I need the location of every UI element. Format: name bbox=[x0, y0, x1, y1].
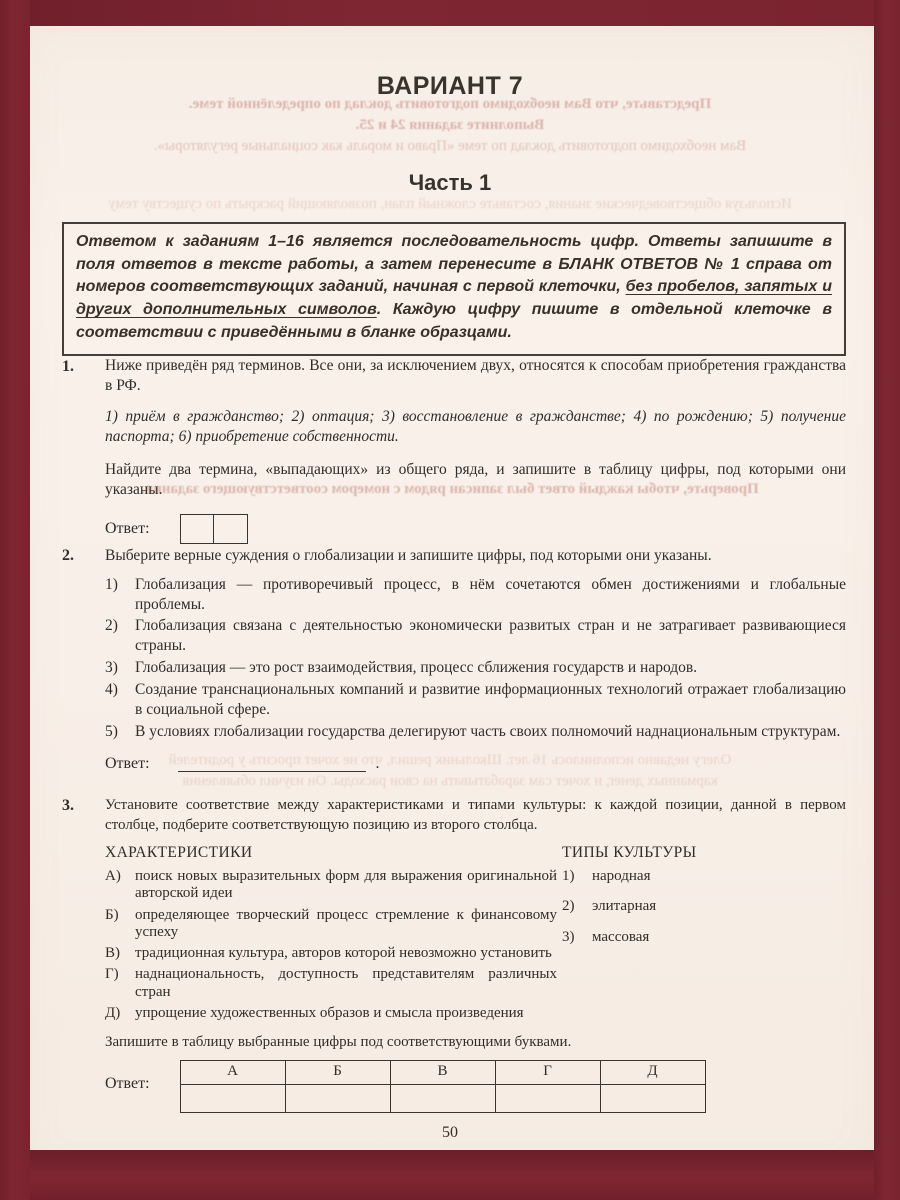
item-number: 4) bbox=[105, 680, 135, 700]
item-number: 2) bbox=[105, 616, 135, 636]
list-item: Д)упрощение художественных образов и смы… bbox=[105, 1005, 557, 1022]
answer-table-cell bbox=[495, 1084, 600, 1112]
item-letter: В) bbox=[105, 945, 135, 962]
answer-blank-line bbox=[178, 757, 366, 772]
question-2-items: 1)Глобализация — противоречивый процесс,… bbox=[105, 575, 846, 742]
page-number: 50 bbox=[0, 1124, 900, 1142]
answer-table-header-row: А Б В Г Д bbox=[180, 1060, 705, 1084]
question-2: 2. Выберите верные суждения о глобализац… bbox=[62, 546, 846, 775]
item-text: Глобализация — это рост взаимодействия, … bbox=[135, 659, 697, 676]
item-text: Глобализация — противоречивый процесс, в… bbox=[135, 576, 846, 613]
instruction-box: Ответом к заданиям 1–16 является последо… bbox=[62, 222, 846, 356]
answer-cells-box bbox=[180, 514, 248, 544]
answer-cell bbox=[181, 515, 214, 543]
item-text: Глобализация связана с деятельностью эко… bbox=[135, 617, 846, 654]
list-item: А)поиск новых выразительных форм для выр… bbox=[105, 868, 557, 903]
answer-table: А Б В Г Д bbox=[180, 1060, 706, 1113]
book-cover-edge-top bbox=[0, 0, 900, 26]
item-text: традиционная культура, авторов которой н… bbox=[135, 945, 552, 961]
culture-types-column: ТИПЫ КУЛЬТУРЫ 1)народная 2)элитарная 3)м… bbox=[562, 843, 846, 1026]
answer-table-header-cell: Г bbox=[495, 1060, 600, 1084]
answer-table-cell bbox=[180, 1084, 285, 1112]
list-item: 4)Создание транснациональных компаний и … bbox=[105, 680, 846, 720]
item-text: Создание транснациональных компаний и ра… bbox=[135, 681, 846, 718]
item-letter: Б) bbox=[105, 907, 135, 924]
item-number: 3) bbox=[562, 929, 592, 946]
list-item: 2)элитарная bbox=[562, 898, 846, 915]
item-text: элитарная bbox=[592, 898, 656, 914]
culture-types-header: ТИПЫ КУЛЬТУРЫ bbox=[562, 843, 846, 863]
item-letter: Г) bbox=[105, 966, 135, 983]
item-text: определяющее творческий процесс стремлен… bbox=[135, 907, 557, 940]
question-1: 1. Ниже приведён ряд терминов. Все они, … bbox=[62, 356, 846, 544]
answer-table-header-cell: А bbox=[180, 1060, 285, 1084]
question-2-answer-row: Ответ: . bbox=[105, 754, 846, 774]
part-title: Часть 1 bbox=[0, 170, 900, 196]
answer-label: Ответ: bbox=[105, 518, 150, 539]
instruction-blank-otvetov: БЛАНК ОТВЕТОВ № 1 bbox=[558, 256, 739, 273]
answer-table-header-cell: В bbox=[390, 1060, 495, 1084]
item-text: В условиях глобализации государства деле… bbox=[135, 723, 840, 740]
question-2-intro: Выберите верные суждения о глобализации … bbox=[105, 546, 846, 566]
characteristics-header: ХАРАКТЕРИСТИКИ bbox=[105, 843, 557, 863]
answer-table-cell bbox=[285, 1084, 390, 1112]
answer-cell bbox=[213, 515, 247, 543]
list-item: 5)В условиях глобализации государства де… bbox=[105, 722, 846, 742]
book-cover-edge-right bbox=[874, 0, 900, 1200]
answer-table-cell bbox=[600, 1084, 705, 1112]
list-item: 1)народная bbox=[562, 868, 846, 885]
item-text: наднациональность, доступность представи… bbox=[135, 966, 557, 999]
list-item: 3)Глобализация — это рост взаимодействия… bbox=[105, 658, 846, 678]
item-letter: Д) bbox=[105, 1005, 135, 1022]
item-number: 1) bbox=[105, 575, 135, 595]
variant-title: ВАРИАНТ 7 bbox=[0, 72, 900, 101]
answer-table-cell bbox=[390, 1084, 495, 1112]
list-item: В)традиционная культура, авторов которой… bbox=[105, 945, 557, 962]
question-1-text: Ниже приведён ряд терминов. Все они, за … bbox=[105, 356, 846, 397]
list-item: Б)определяющее творческий процесс стремл… bbox=[105, 907, 557, 942]
answer-label: Ответ: bbox=[105, 754, 150, 774]
item-number: 1) bbox=[562, 868, 592, 885]
book-cover-edge-bottom bbox=[0, 1150, 900, 1200]
question-3-closing: Запишите в таблицу выбранные цифры под с… bbox=[105, 1033, 846, 1053]
question-3-answer-row: Ответ: А Б В Г Д bbox=[105, 1060, 846, 1113]
question-3-number: 3. bbox=[62, 796, 74, 817]
item-letter: А) bbox=[105, 868, 135, 885]
answer-label: Ответ: bbox=[105, 1074, 150, 1095]
item-number: 5) bbox=[105, 722, 135, 742]
list-item: Г)наднациональность, доступность предста… bbox=[105, 966, 557, 1001]
question-1-task: Найдите два термина, «выпадающих» из общ… bbox=[105, 460, 846, 501]
list-item: 1)Глобализация — противоречивый процесс,… bbox=[105, 575, 846, 615]
answer-period: . bbox=[376, 754, 380, 774]
answer-table-empty-row bbox=[180, 1084, 705, 1112]
item-text: массовая bbox=[592, 929, 649, 945]
item-text: упрощение художественных образов и смысл… bbox=[135, 1005, 524, 1021]
characteristics-column: ХАРАКТЕРИСТИКИ А)поиск новых выразительн… bbox=[105, 843, 557, 1026]
item-text: поиск новых выразительных форм для выраж… bbox=[135, 868, 557, 901]
question-1-number: 1. bbox=[62, 356, 74, 377]
item-number: 3) bbox=[105, 658, 135, 678]
question-1-terms: 1) приём в гражданство; 2) оптация; 3) в… bbox=[105, 407, 846, 448]
item-number: 2) bbox=[562, 898, 592, 915]
answer-table-header-cell: Д bbox=[600, 1060, 705, 1084]
scanned-exam-page: Представьте, что Вам необходимо подготов… bbox=[0, 0, 900, 1200]
answer-table-header-cell: Б bbox=[285, 1060, 390, 1084]
item-text: народная bbox=[592, 868, 650, 884]
question-2-number: 2. bbox=[62, 546, 74, 566]
book-cover-edge-left bbox=[0, 0, 30, 1200]
list-item: 2)Глобализация связана с деятельностью э… bbox=[105, 616, 846, 656]
question-1-answer-row: Ответ: bbox=[105, 514, 846, 544]
question-3-intro: Установите соответствие между характерис… bbox=[105, 796, 846, 835]
question-3: 3. Установите соответствие между характе… bbox=[62, 796, 846, 1113]
list-item: 3)массовая bbox=[562, 929, 846, 946]
